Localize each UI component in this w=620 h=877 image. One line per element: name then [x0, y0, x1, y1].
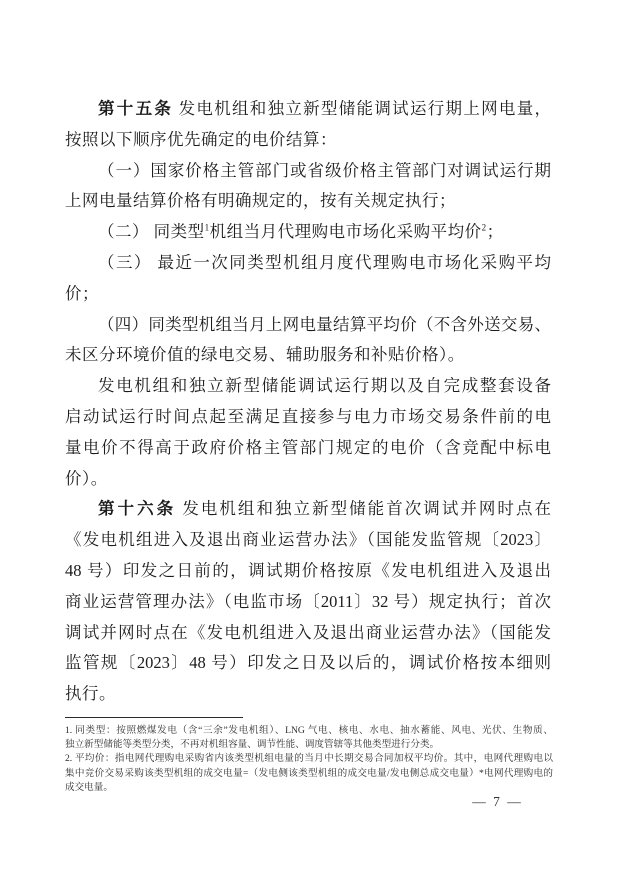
text-line: 量电价不得高于政府价格主管部门规定的电价（含竞配中标电 [65, 433, 551, 464]
text-line: 未区分环境价值的绿电交易、辅助服务和补贴价格）。 [65, 340, 551, 371]
footnotes: 1. 同类型：按照燃煤发电（含“三余”发电机组）、LNG 气电、核电、水电、抽水… [65, 724, 553, 795]
text-segment: 价； [65, 284, 99, 303]
document-page: 第十五条 发电机组和独立新型储能调试运行期上网电量，按照以下顺序优先确定的电价结… [0, 0, 620, 877]
footnote-line: 1. 同类型：按照燃煤发电（含“三余”发电机组）、LNG 气电、核电、水电、抽水… [65, 724, 553, 738]
text-segment: （三） 最近一次同类型机组月度代理购电市场化采购平均 [98, 253, 551, 272]
text-segment: 启动试运行时间点起至满足直接参与电力市场交易条件前的电 [65, 407, 551, 426]
article-number: 第十六条 [98, 499, 176, 518]
text-segment: 监管规〔2023〕48 号）印发之日及以后的，调试价格按本细则 [65, 653, 551, 672]
text-segment: 按照以下顺序优先确定的电价结算： [65, 130, 337, 149]
text-segment: 执行。 [65, 684, 116, 703]
text-line: 调试并网时点在《发电机组进入及退出商业运营办法》（国能发 [65, 618, 551, 649]
page-number: — 7 — [450, 794, 545, 810]
text-segment: 调试并网时点在《发电机组进入及退出商业运营办法》（国能发 [65, 623, 551, 642]
text-segment: 量电价不得高于政府价格主管部门规定的电价（含竞配中标电 [65, 438, 551, 457]
text-line: （一）国家价格主管部门或省级价格主管部门对调试运行期 [65, 156, 551, 187]
text-segment: ； [487, 222, 504, 241]
text-line: 48 号）印发之日前的，调试期价格按原《发电机组进入及退出 [65, 556, 551, 587]
text-line: （四）同类型机组当月上网电量结算平均价（不含外送交易、 [65, 310, 551, 341]
text-segment: 上网电量结算价格有明确规定的，按有关规定执行； [65, 191, 456, 210]
text-line: 商业运营管理办法》（电监市场〔2011〕32 号）规定执行；首次 [65, 587, 551, 618]
text-line: 第十六条 发电机组和独立新型储能首次调试并网时点在 [65, 494, 551, 525]
text-segment: （四）同类型机组当月上网电量结算平均价（不含外送交易、 [98, 315, 551, 334]
text-line: 《发电机组进入及退出商业运营办法》（国能发监管规〔2023〕 [65, 525, 551, 556]
text-line: 价）。 [65, 464, 551, 495]
text-segment: （一）国家价格主管部门或省级价格主管部门对调试运行期 [98, 161, 551, 180]
text-line: 执行。 [65, 679, 551, 710]
text-line: （二） 同类型1机组当月代理购电市场化采购平均价2； [65, 217, 551, 248]
text-line: 第十五条 发电机组和独立新型储能调试运行期上网电量， [65, 94, 551, 125]
text-line: 价； [65, 279, 551, 310]
text-line: 按照以下顺序优先确定的电价结算： [65, 125, 551, 156]
text-segment: 价）。 [65, 469, 108, 488]
footnote-line: 独立新型储能等类型分类，不再对机组容量、调节性能、调度管辖等其他类型进行分类。 [65, 738, 553, 752]
text-segment: （二） 同类型 [98, 222, 205, 241]
footnote-line: 集中竞价交易采购该类型机组的成交电量=（发电侧该类型机组的成交电量/发电侧总成交… [65, 767, 553, 781]
text-line: 监管规〔2023〕48 号）印发之日及以后的，调试价格按本细则 [65, 648, 551, 679]
text-line: 上网电量结算价格有明确规定的，按有关规定执行； [65, 186, 551, 217]
text-line: 发电机组和独立新型储能调试运行期以及自完成整套设备 [65, 371, 551, 402]
article-number: 第十五条 [98, 99, 173, 118]
text-segment: 商业运营管理办法》（电监市场〔2011〕32 号）规定执行；首次 [65, 592, 551, 611]
text-segment: 发电机组和独立新型储能调试运行期以及自完成整套设备 [98, 376, 551, 395]
text-segment: 机组当月代理购电市场化采购平均价 [210, 222, 482, 241]
footnote-separator [65, 717, 243, 718]
body-text: 第十五条 发电机组和独立新型储能调试运行期上网电量，按照以下顺序优先确定的电价结… [65, 94, 551, 710]
footnote-line: 2. 平均价：指电网代理购电采购省内该类型机组电量的当月中长期交易合同加权平均价… [65, 752, 553, 766]
footnote-line: 成交电量。 [65, 781, 553, 795]
text-segment: 发电机组和独立新型储能首次调试并网时点在 [176, 499, 551, 518]
text-segment: 未区分环境价值的绿电交易、辅助服务和补贴价格）。 [65, 345, 465, 364]
text-segment: 发电机组和独立新型储能调试运行期上网电量， [173, 99, 551, 118]
text-segment: 48 号）印发之日前的，调试期价格按原《发电机组进入及退出 [65, 561, 551, 580]
text-segment: 《发电机组进入及退出商业运营办法》（国能发监管规〔2023〕 [65, 530, 551, 549]
text-line: 启动试运行时间点起至满足直接参与电力市场交易条件前的电 [65, 402, 551, 433]
text-line: （三） 最近一次同类型机组月度代理购电市场化采购平均 [65, 248, 551, 279]
